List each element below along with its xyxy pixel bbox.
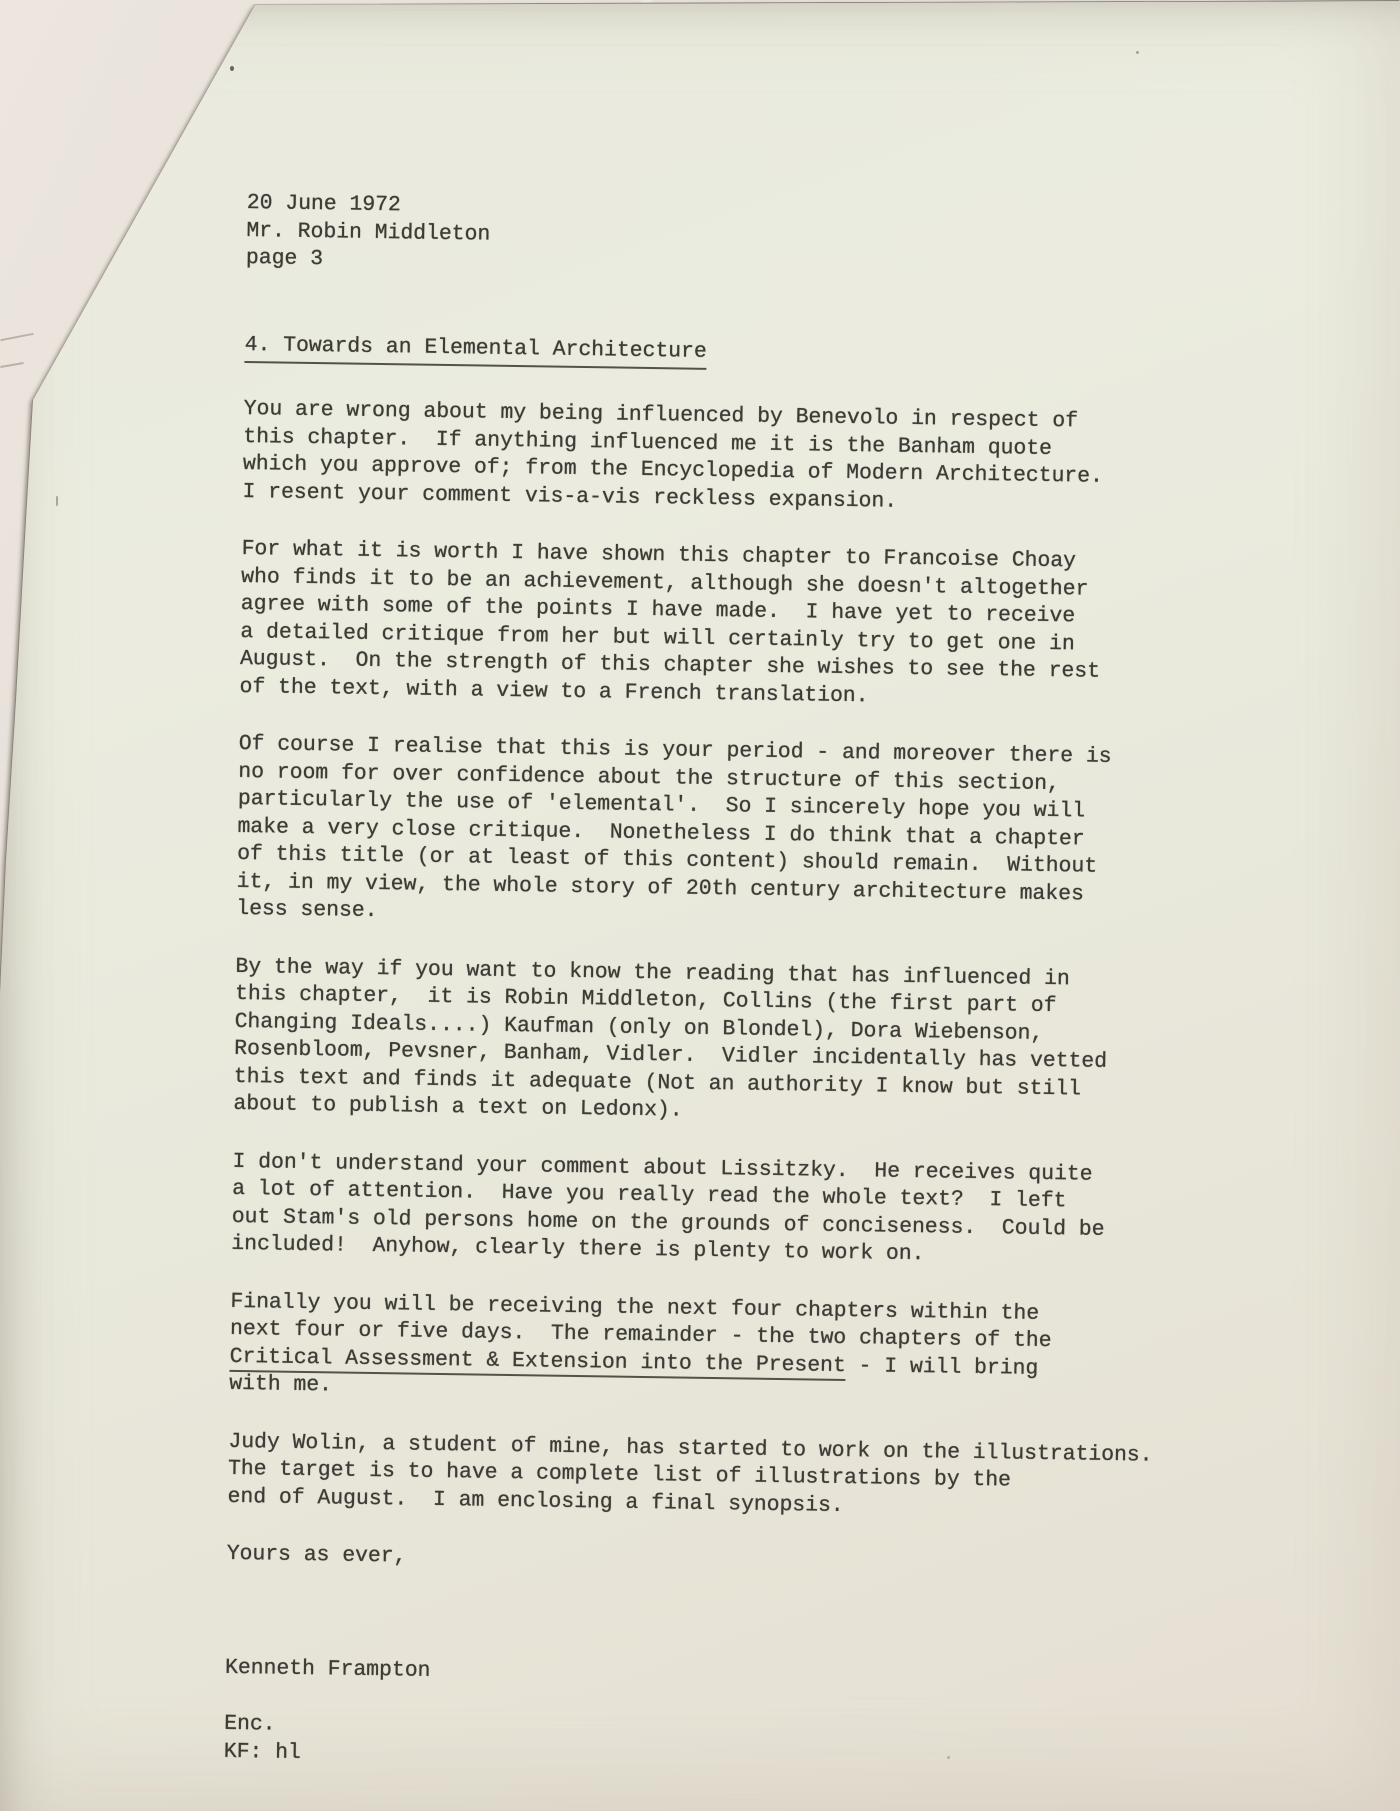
letter-paragraph: Of course I realise that this is your pe… xyxy=(236,731,1219,938)
letter-paragraph: By the way if you want to know the readi… xyxy=(233,953,1215,1133)
letter-text-segment: less sense. xyxy=(236,897,378,923)
letter-paragraphs: You are wrong about my being influenced … xyxy=(227,396,1223,1525)
paper-speck xyxy=(230,66,234,71)
letter-paragraph: Judy Wolin, a student of mine, has start… xyxy=(227,1428,1208,1525)
paper-speck xyxy=(1136,51,1139,54)
letter-paragraph: I don't understand your comment about Li… xyxy=(231,1148,1213,1273)
signature-name: Kenneth Frampton xyxy=(225,1654,1205,1696)
section-heading: 4. Towards an Elemental Architecture xyxy=(244,331,707,369)
letter-body: 20 June 1972 Mr. Robin Middleton page 3 … xyxy=(224,190,1227,1780)
letter-closing: Yours as ever, xyxy=(227,1541,1207,1583)
letter-text-segment: about to publish a text on Ledonx). xyxy=(233,1092,683,1123)
letter-photo: 20 June 1972 Mr. Robin Middleton page 3 … xyxy=(0,0,1400,1811)
letter-paragraph: For what it is worth I have shown this c… xyxy=(239,536,1221,716)
letter-text-segment: - I will bring xyxy=(846,1354,1039,1381)
letter-text-segment: with me. xyxy=(229,1372,332,1398)
paper-speck xyxy=(56,496,58,506)
letter-paragraph: You are wrong about my being influenced … xyxy=(242,396,1224,521)
letter-paragraph: Finally you will be receiving the next f… xyxy=(229,1288,1211,1413)
letter-header: 20 June 1972 Mr. Robin Middleton page 3 xyxy=(246,190,1227,287)
